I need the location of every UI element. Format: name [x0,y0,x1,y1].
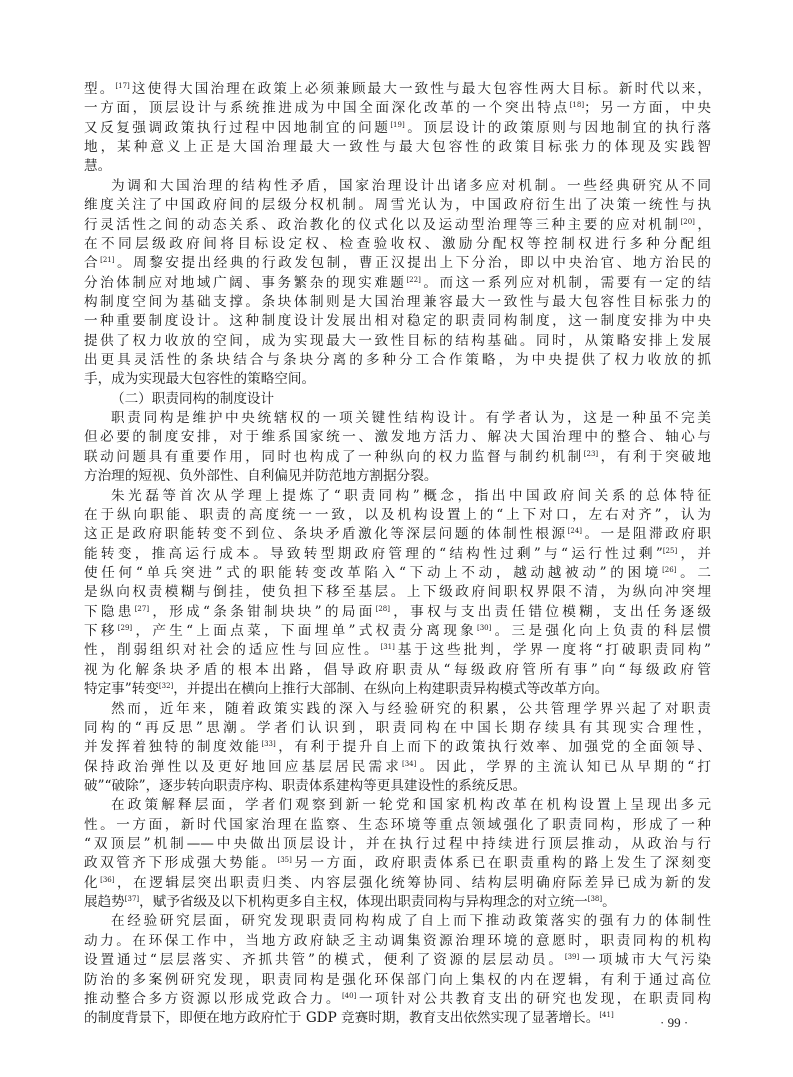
text-line: 在不同层级政府间将目标设定权、检查验收权、激励分配权等控制权进行多种分配组 [84,235,711,254]
text-line: 朱光磊等首次从学理上提炼了“职责同构”概念，指出中国政府间关系的总体特征 [84,487,711,506]
citation-marker: [18] [570,101,584,109]
text-line: 在经验研究层面，研究发现职责同构构成了自上而下推动政策落实的强有力的体制性 [84,912,711,931]
text-line: 同构的“再反思”思潮。学者们认识到，职责同构在中国长期存续具有其现实合理性， [84,719,711,738]
text-line: “双顶层”机制——中央做出顶层设计，并在执行过程中持续进行顶层推动，从政治与行 [84,835,711,854]
citation-marker: [41] [599,1011,613,1019]
text-line: 提供了权力收放的空间，成为实现最大一致性目标的结构基础。同时，从策略安排上发展 [84,332,711,351]
text-line: 是纵向权责模糊与倒挂，使负担下移至基层。上下级政府间职权界限不清，为纵向冲突埋 [84,583,711,602]
text-line: 破”“破除”，逐步转向职责序构、职责体系建构等更具建设性的系统反思。 [84,777,711,796]
text-line: 一种重要制度设计。这种制度设计发展出相对稳定的职责同构制度，这一制度安排为中央 [84,312,711,331]
text-line: 这正是政府职能转变不到位、条块矛盾激化等深层问题的体制性根源[24]。一是阻滞政… [84,525,711,544]
text-line: 使任何“单兵突进”式的职能转变改革陷入“下动上不动，越动越被动”的困境[26]。… [84,564,711,583]
citation-marker: [38] [588,895,602,903]
citation-marker: [25] [663,547,677,555]
text-line: 保持政治弹性以及更好地回应基层居民需求[34]。因此，学界的主流认知已从早期的“… [84,758,711,777]
citation-marker: [32] [159,682,173,690]
text-line: 然而，近年来，随着政策实践的深入与经验研究的积累，公共管理学界兴起了对职责 [84,700,711,719]
citation-marker: [27] [135,605,149,613]
text-line: 并发挥着独特的制度效能[33]，有利于提升自上而下的政策执行效率、加强党的全面领… [84,738,711,757]
citation-marker: [36] [100,876,114,884]
page-number: · 99 · [660,1015,688,1031]
text-line: 性。一方面，新时代国家治理在监察、生态环境等重点领域强化了职责同构，形成了一种 [84,816,711,835]
text-line: 视为化解条块矛盾的根本出路，倡导政府职责从“每级政府管所有事”向“每级政府管 [84,661,711,680]
citation-marker: [34] [402,760,416,768]
citation-marker: [22] [406,276,420,284]
text-line: 方治理的短视、负外部性、自利偏见并防范地方割据分裂。 [84,467,711,486]
text-line: 又反复强调政策执行过程中因地制宜的问题[19]。顶层设计的政策原则与因地制宜的执… [84,119,711,138]
text-line: 职责同构是维护中央统辖权的一项关键性结构设计。有学者认为，这是一种虽不完美 [84,409,711,428]
text-line: 性，削弱组织对社会的适应性与回应性。[31]基于这些批判，学界一度将“打破职责同… [84,641,711,660]
text-line: 展趋势[37]，赋予省级及以下机构更多自主权，体现出职责同构与异构理念的对立统一… [84,893,711,912]
text-line: 防治的多案例研究发现，职责同构是强化环保部门向上集权的内在逻辑，有利于通过高位 [84,971,711,990]
text-line: 能转变，推高运行成本。导致转型期政府管理的“结构性过剩”与“运行性过剩”[25]… [84,545,711,564]
citation-marker: [21] [100,256,114,264]
text-line: 联动问题具有重要作用，同时也构成了一种纵向的权力监督与制约机制[23]，有利于突… [84,448,711,467]
text-line: 的制度背景下，即便在地方政府忙于 GDP 竞赛时期，教育支出依然实现了显著增长。… [84,1009,711,1028]
citation-marker: [23] [584,450,598,458]
citation-marker: [19] [390,121,404,129]
citation-marker: [31] [380,643,394,651]
text-line: 出更具灵活性的条块结合与条块分离的多种分工合作策略，为中央提供了权力收放的抓 [84,351,711,370]
citation-marker: [30] [477,624,491,632]
text-line: 政双管齐下形成强大势能。[35]另一方面，政府职责体系已在职责重构的路上发生了深… [84,854,711,873]
text-line: 特定事”转变[32]，并提出在横向上推行大部制、在纵向上构建职责异构模式等改革方… [84,680,711,699]
text-line: 下隐患[27]，形成“条条钳制块块”的局面[28]，事权与支出责任错位模糊，支出… [84,603,711,622]
text-line: 型。[17]这使得大国治理在政策上必须兼顾最大一致性与最大包容性两大目标。新时代… [84,80,711,99]
citation-marker: [20] [681,218,695,226]
text-line: 为调和大国治理的结构性矛盾，国家治理设计出诸多应对机制。一些经典研究从不同 [84,177,711,196]
text-line: 下移[29]，产生“上面点菜，下面埋单”式权责分离现象[30]。三是强化向上负责… [84,622,711,641]
citation-marker: [39] [565,953,579,961]
text-line: 在于纵向职能、职责的高度统一一致，以及机构设置上的“上下对口，左右对齐”，认为 [84,506,711,525]
citation-marker: [35] [277,856,291,864]
citation-marker: [17] [115,82,129,90]
text-line: 动力。在环保工作中，当地方政府缺乏主动调集资源治理环境的意愿时，职责同构的机构 [84,932,711,951]
text-line: 分治体制应对地域广阔、事务繁杂的现实难题[22]。而这一系列应对机制，需要有一定… [84,274,711,293]
text-line: 但必要的制度安排，对于维系国家统一、激发地方活力、解决大国治理中的整合、轴心与 [84,428,711,447]
text-line: 地，某种意义上正是大国治理最大一致性与最大包容性的政策目标张力的体现及实践智 [84,138,711,157]
text-line: 行灵活性之间的动态关系、政治教化的仪式化以及运动型治理等三种主要的应对机制[20… [84,216,711,235]
text-line: 合[21]。周黎安提出经典的行政发包制，曹正汉提出上下分治，即以中央治官、地方治… [84,254,711,273]
text-line: 一方面，顶层设计与系统推进成为中国全面深化改革的一个突出特点[18]；另一方面，… [84,99,711,118]
section-heading: （二）职责同构的制度设计 [84,390,711,409]
citation-marker: [24] [568,527,582,535]
article-body: 型。[17]这使得大国治理在政策上必须兼顾最大一致性与最大包容性两大目标。新时代… [84,80,711,1029]
citation-marker: [37] [125,895,139,903]
text-line: 设置通过“层层落实、齐抓共管”的模式，便利了资源的层层动员。[39]一项城市大气… [84,951,711,970]
citation-marker: [40] [342,992,356,1000]
text-line: 构制度空间为基础支撑。条块体制则是大国治理兼容最大一致性与最大包容性目标张力的 [84,293,711,312]
text-line: 化[36]，在逻辑层突出职责归类、内容层强化统筹协同、结构层明确府际差异已成为新… [84,874,711,893]
text-line: 手，成为实现最大包容性的策略空间。 [84,370,711,389]
text-line: 在政策解释层面，学者们观察到新一轮党和国家机构改革在机构设置上呈现出多元 [84,796,711,815]
citation-marker: [26] [662,566,676,574]
citation-marker: [28] [376,605,390,613]
citation-marker: [29] [118,624,132,632]
text-line: 维度关注了中国政府间的层级分权机制。周雪光认为，中国政府衍生出了决策一统性与执 [84,196,711,215]
text-line: 慧。 [84,157,711,176]
citation-marker: [33] [261,740,275,748]
text-line: 推动整合多方资源以形成党政合力。[40]一项针对公共教育支出的研究也发现，在职责… [84,990,711,1009]
